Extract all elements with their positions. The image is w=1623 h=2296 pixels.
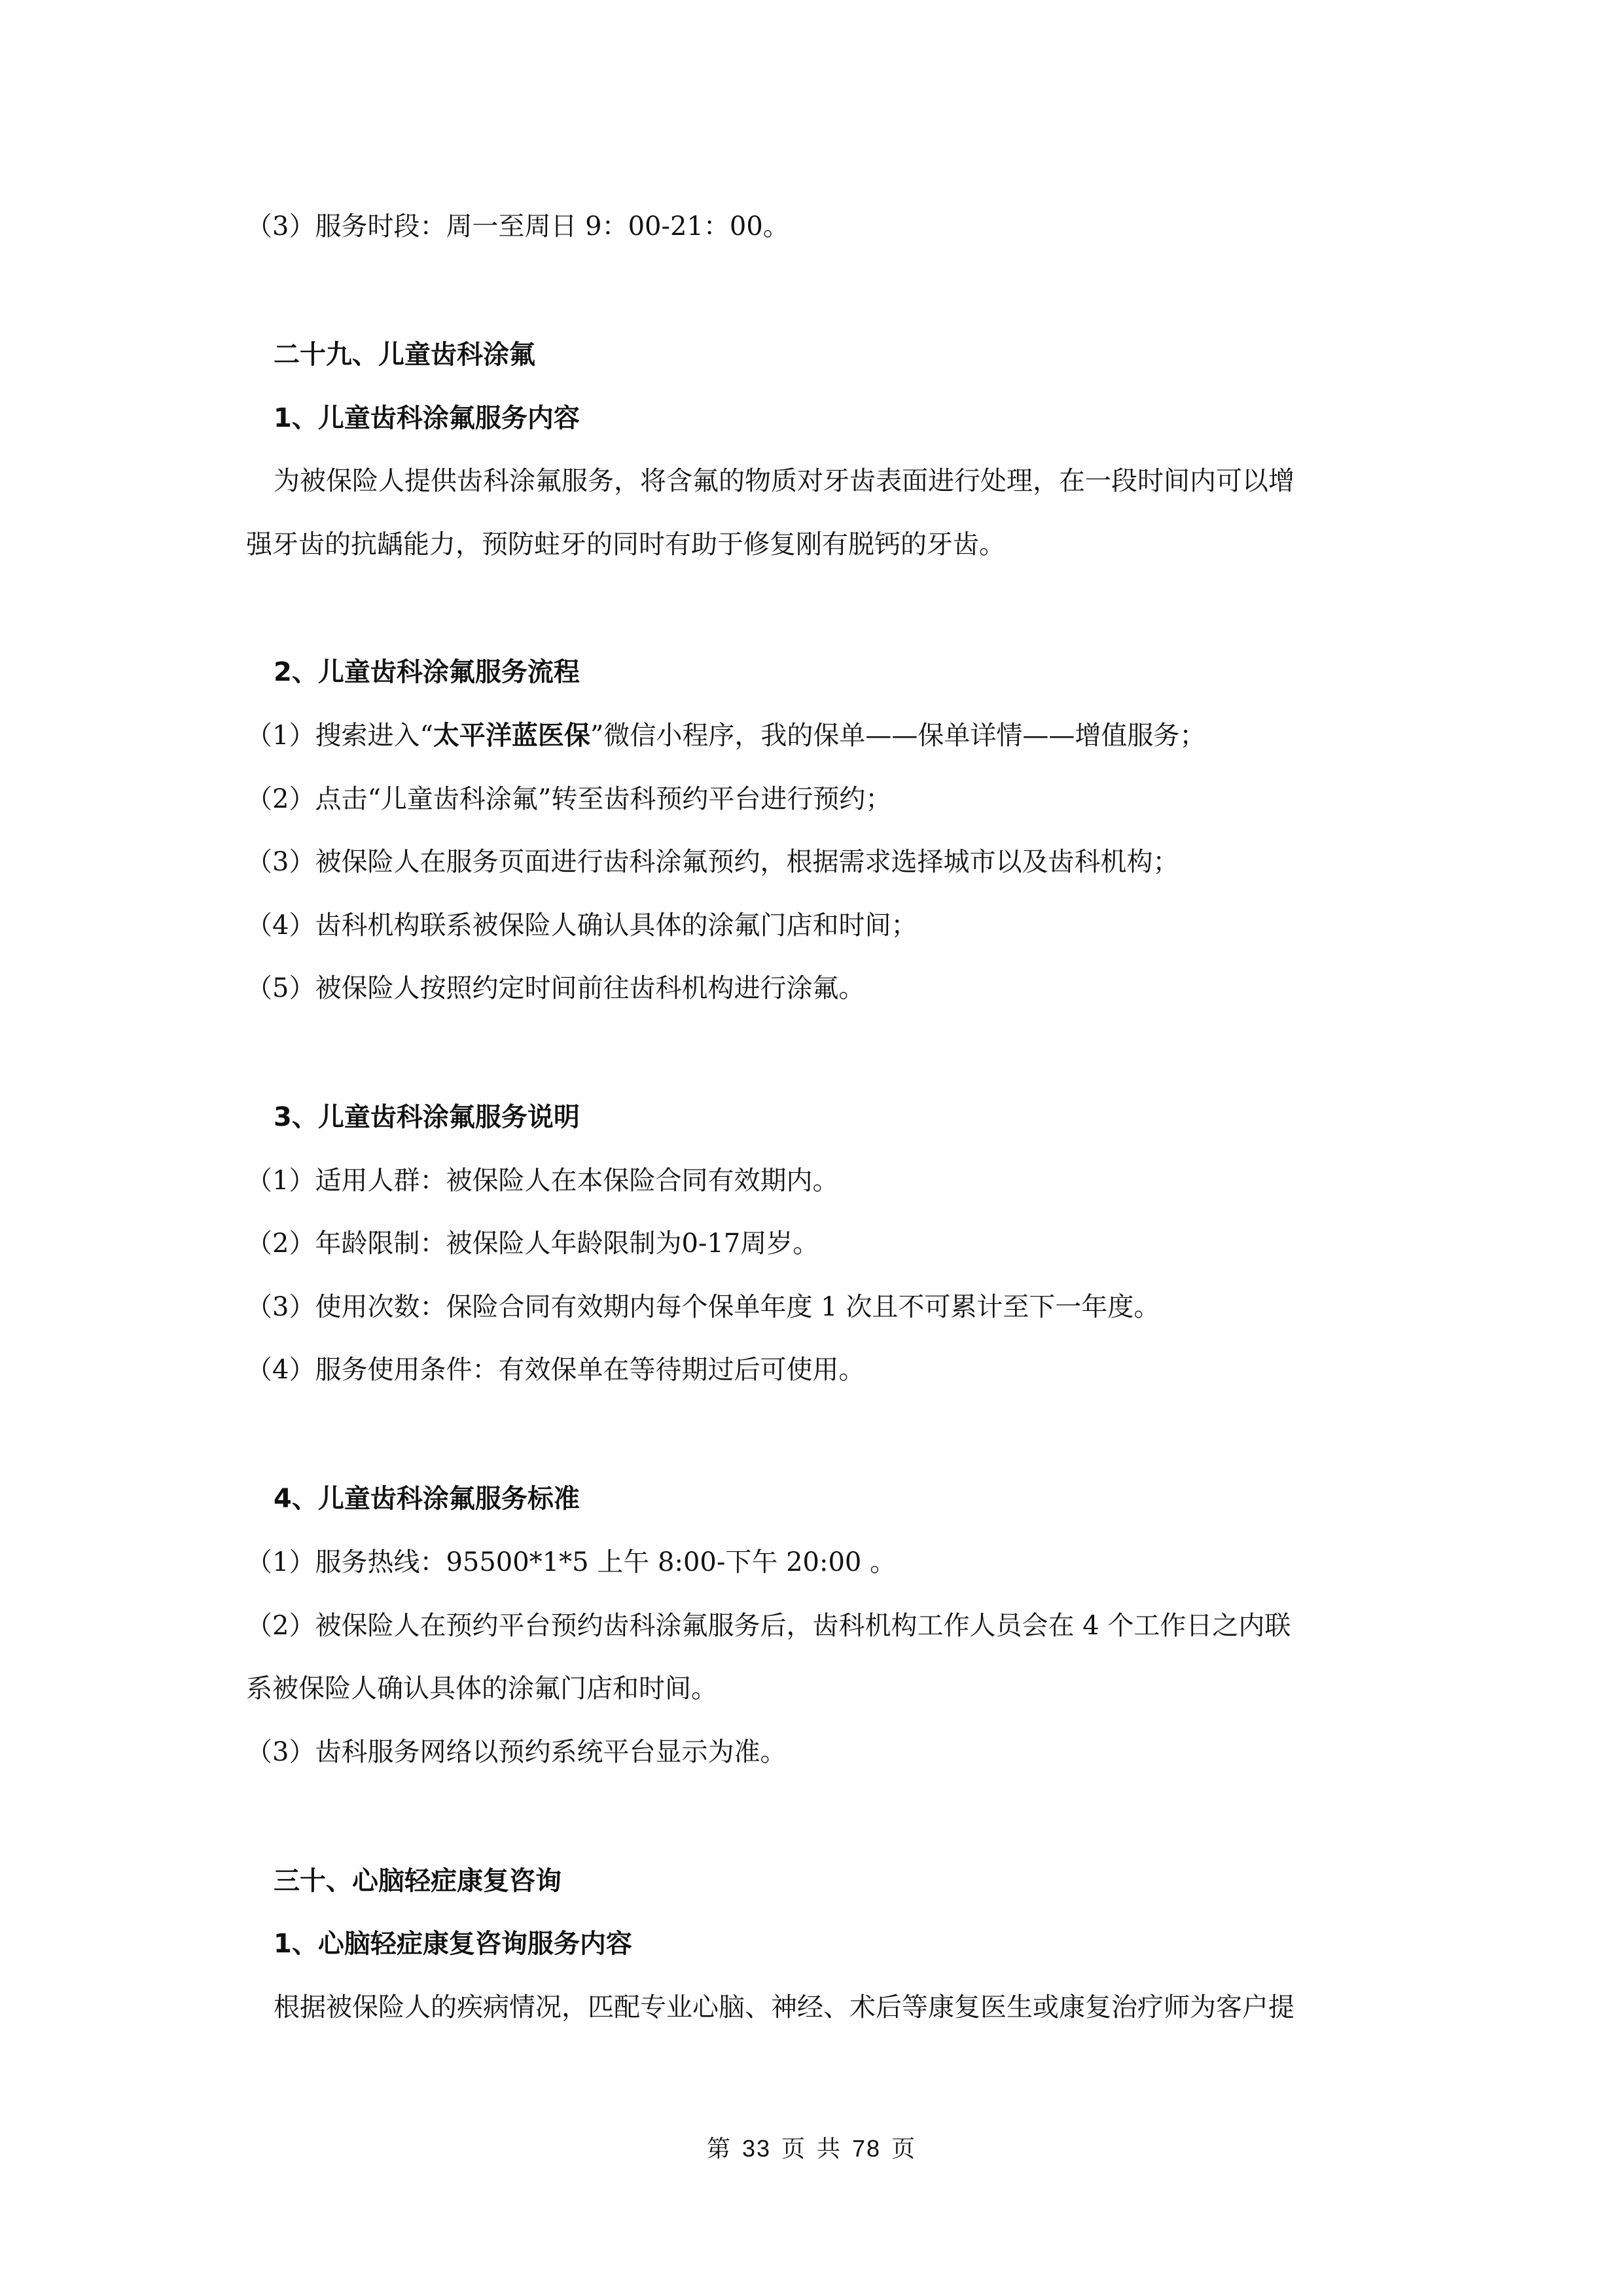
- section-30-1-paragraph-line1: 根据被保险人的疾病情况，匹配专业心脑、神经、术后等康复医生或康复治疗师为客户提: [274, 1992, 1294, 2023]
- section-29-1-heading: 1、儿童齿科涂氟服务内容: [274, 403, 580, 434]
- section-29-4-heading: 4、儿童齿科涂氟服务标准: [274, 1483, 580, 1515]
- section-29-2-heading: 2、儿童齿科涂氟服务流程: [274, 656, 580, 688]
- section-29-3-item1: （1）适用人群：被保险人在本保险合同有效期内。: [246, 1165, 838, 1196]
- section-29-3-item3: （3）使用次数：保险合同有效期内每个保单年度 1 次且不可累计至下一年度。: [246, 1291, 1160, 1323]
- section-29-3-item2: （2）年龄限制：被保险人年龄限制为0-17周岁。: [246, 1228, 819, 1259]
- total-page-count: 78: [852, 2135, 881, 2162]
- step1-prefix: （1）搜索进入“: [246, 721, 433, 751]
- current-page-number: 33: [742, 2135, 771, 2162]
- section-29-heading: 二十九、儿童齿科涂氟: [274, 339, 535, 370]
- section-29-2-step1: （1）搜索进入“太平洋蓝医保”微信小程序，我的保单——保单详情——增值服务；: [246, 720, 1205, 751]
- section-29-2-step5: （5）被保险人按照约定时间前往齿科机构进行涂氟。: [246, 973, 865, 1004]
- footer-prefix: 第: [707, 2135, 732, 2162]
- section-30-1-heading: 1、心脑轻症康复咨询服务内容: [274, 1928, 632, 1960]
- page-footer: 第33页共78页: [0, 2130, 1623, 2164]
- step1-suffix: ”微信小程序，我的保单——保单详情——增值服务；: [590, 721, 1205, 751]
- section-29-2-step3: （3）被保险人在服务页面进行齿科涂氟预约，根据需求选择城市以及齿科机构；: [246, 846, 1179, 878]
- section-29-3-heading: 3、儿童齿科涂氟服务说明: [274, 1102, 580, 1133]
- previous-item-service-hours: （3）服务时段：周一至周日 9：00-21：00。: [246, 211, 789, 242]
- footer-total-word: 共: [817, 2135, 842, 2162]
- section-29-3-item4: （4）服务使用条件：有效保单在等待期过后可使用。: [246, 1354, 865, 1386]
- footer-suffix: 页: [891, 2135, 916, 2162]
- section-29-4-item3: （3）齿科服务网络以预约系统平台显示为准。: [246, 1736, 786, 1768]
- section-29-4-item2-line1: （2）被保险人在预约平台预约齿科涂氟服务后，齿科机构工作人员会在 4 个工作日之…: [246, 1610, 1291, 1641]
- section-29-4-item1-hotline: （1）服务热线：95500*1*5 上午 8:00-下午 20:00 。: [246, 1547, 896, 1578]
- section-29-4-item2-line2: 系被保险人确认具体的涂氟门店和时间。: [246, 1673, 717, 1704]
- section-29-2-step4: （4）齿科机构联系被保险人确认具体的涂氟门店和时间；: [246, 910, 917, 941]
- section-29-2-step2: （2）点击“儿童齿科涂氟”转至齿科预约平台进行预约；: [246, 783, 891, 815]
- footer-page-word: 页: [781, 2135, 806, 2162]
- mini-program-name: 太平洋蓝医保: [433, 721, 590, 751]
- section-29-1-paragraph-line1: 为被保险人提供齿科涂氟服务，将含氟的物质对牙齿表面进行处理，在一段时间内可以增: [274, 465, 1294, 497]
- section-30-heading: 三十、心脑轻症康复咨询: [274, 1865, 562, 1897]
- section-29-1-paragraph-line2: 强牙齿的抗龋能力，预防蛀牙的同时有助于修复刚有脱钙的牙齿。: [246, 529, 1005, 560]
